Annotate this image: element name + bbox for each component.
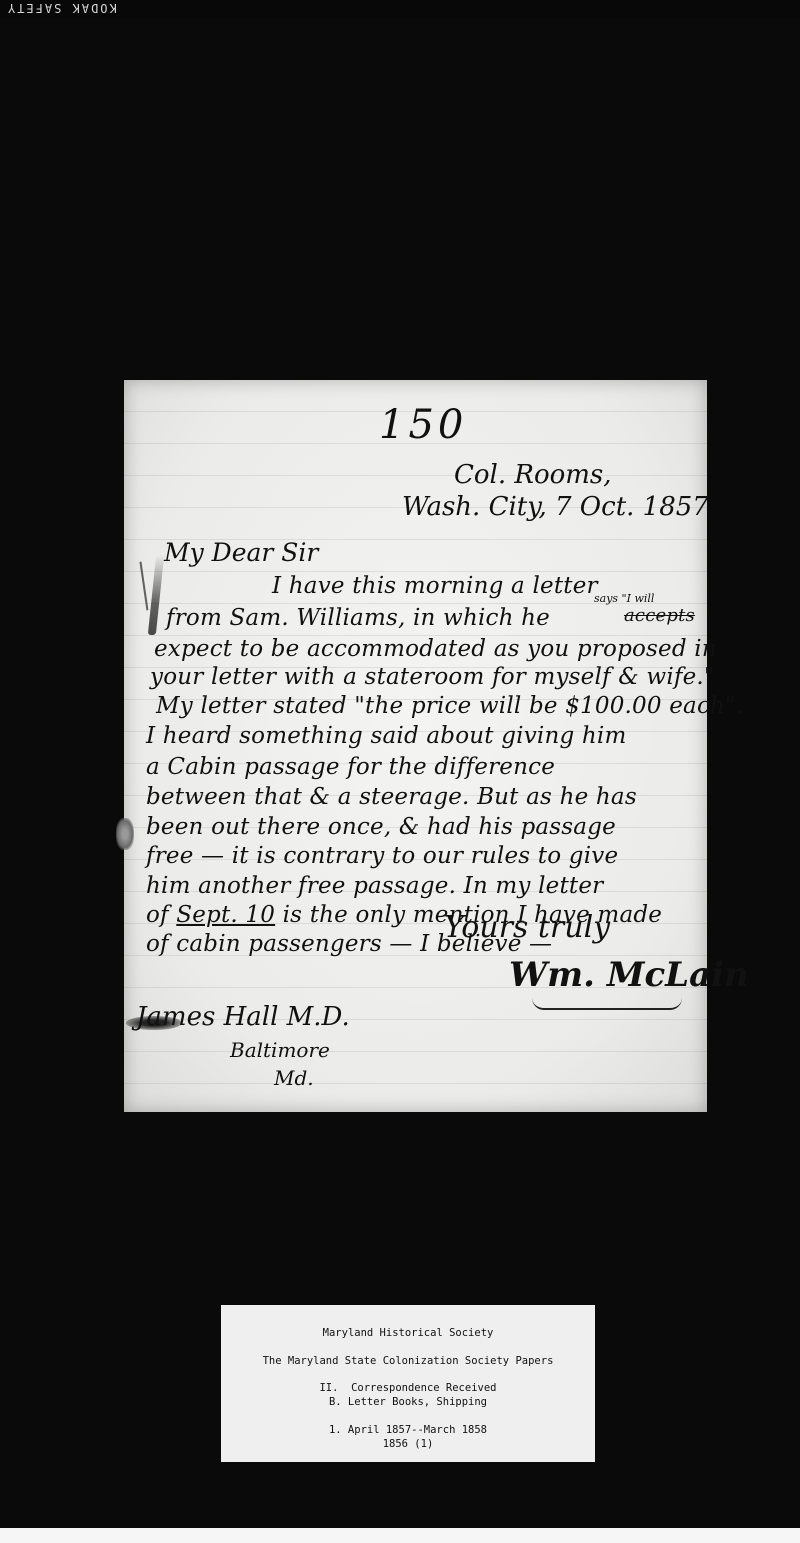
handwritten-letter: 150 Col. Rooms, Wash. City, 7 Oct. 1857 … [124,380,707,1112]
place-date-line: Wash. City, 7 Oct. 1857 [402,492,709,522]
body-line: My letter stated "the price will be $100… [156,693,743,719]
place-line-1: Col. Rooms, [454,460,612,490]
label-organization: Maryland Historical Society [221,1327,595,1339]
recipient-name: James Hall M.D. [136,1002,350,1032]
body-line: your letter with a stateroom for myself … [150,664,715,690]
body-line: from Sam. Williams, in which he [166,605,550,631]
label-date-range: 1. April 1857--March 1858 [221,1424,595,1436]
underlined-date: Sept. 10 [176,902,275,928]
body-line: between that & a steerage. But as he has [146,784,637,810]
salutation: My Dear Sir [164,538,318,567]
label-series: II. Correspondence Received [221,1382,595,1394]
body-line: I heard something said about giving him [146,723,627,749]
recipient-state: Md. [274,1066,314,1090]
label-subseries: B. Letter Books, Shipping [221,1396,595,1408]
body-line: a Cabin passage for the difference [146,754,555,780]
paper-tear-mark [116,818,134,850]
film-edge: KODAK SAFETY [0,0,800,18]
signature-flourish [532,998,682,1010]
struck-word: accepts [624,605,695,626]
body-line-prefix: of [146,902,176,928]
body-line: I have this morning a letter [272,573,598,599]
label-collection: The Maryland State Colonization Society … [221,1355,595,1367]
body-line: free — it is contrary to our rules to gi… [146,843,618,869]
film-bottom-strip [0,1528,800,1543]
body-line: expect to be accommodated as you propose… [154,636,717,662]
body-line: been out there once, & had his passage [146,814,616,840]
signature: Wm. McLain [509,955,749,995]
body-line: him another free passage. In my letter [146,873,603,899]
recipient-city: Baltimore [230,1038,330,1062]
closing: Yours truly [444,910,610,945]
film-edge-marking: KODAK SAFETY [6,1,117,15]
ink-blot-mark [148,555,164,635]
interlinear-insertion: says "I will [594,592,654,605]
archive-catalog-label: Maryland Historical Society The Maryland… [221,1305,595,1462]
page-number: 150 [379,402,467,448]
label-year: 1856 (1) [221,1438,595,1450]
